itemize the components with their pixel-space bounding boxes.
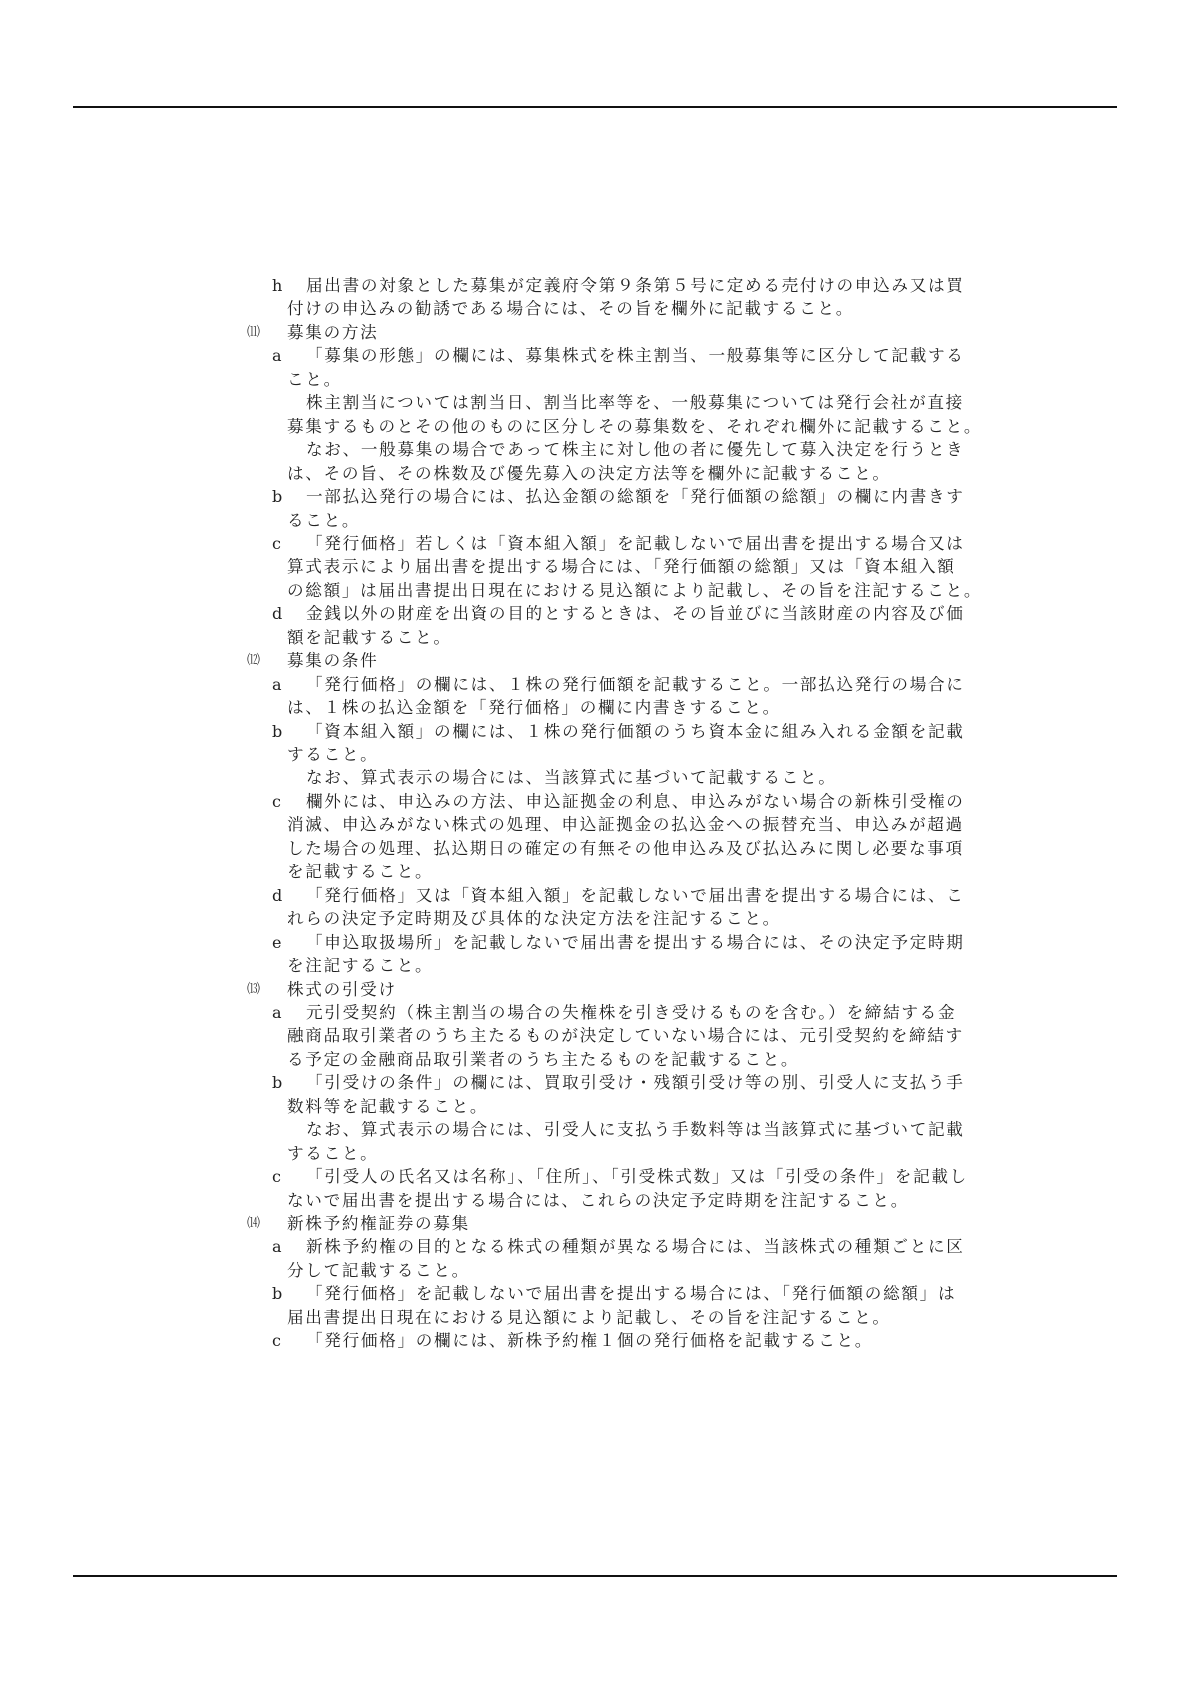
line-text: 募集の条件 bbox=[287, 649, 378, 673]
item-marker: a bbox=[272, 1001, 282, 1025]
line-text: 届出書の対象とした募集が定義府令第９条第５号に定める売付けの申込み又は買 bbox=[306, 274, 965, 298]
line-text: 融商品取引業者のうち主たるものが決定していない場合には、元引受契約を締結す bbox=[287, 1024, 964, 1048]
item-marker: b bbox=[272, 1071, 282, 1095]
item-marker: d bbox=[272, 884, 282, 908]
line-text: 募集の方法 bbox=[287, 321, 378, 345]
line-text: 新株予約権の目的となる株式の種類が異なる場合には、当該株式の種類ごとに区 bbox=[306, 1235, 965, 1259]
line-text: 「発行価格」又は「資本組入額」を記載しないで届出書を提出する場合には、こ bbox=[306, 884, 965, 908]
line-text: 「申込取扱場所」を記載しないで届出書を提出する場合には、その決定予定時期 bbox=[306, 931, 965, 955]
line-text: 株主割当については割当日、割当比率等を、一般募集については発行会社が直接 bbox=[306, 391, 964, 415]
item-marker: e bbox=[272, 931, 281, 955]
item-marker: d bbox=[272, 602, 282, 626]
line-text: 「募集の形態」の欄には、募集株式を株主割当、一般募集等に区分して記載する bbox=[306, 344, 965, 368]
item-marker: c bbox=[272, 532, 281, 556]
line-text: なお、一般募集の場合であって株主に対し他の者に優先して募入決定を行うとき bbox=[306, 438, 964, 462]
footer-rule bbox=[73, 1575, 1117, 1577]
line-text: 「引受けの条件」の欄には、買取引受け・残額引受け等の別、引受人に支払う手 bbox=[306, 1071, 965, 1095]
line-text: ること。 bbox=[287, 509, 360, 533]
item-marker: a bbox=[272, 1235, 282, 1259]
line-text: 付けの申込みの勧誘である場合には、その旨を欄外に記載すること。 bbox=[287, 297, 854, 321]
item-marker: b bbox=[272, 720, 282, 744]
line-text: 「発行価格」若しくは「資本組入額」を記載しないで届出書を提出する場合又は bbox=[306, 532, 965, 556]
line-text: の総額」は届出書提出日現在における見込額により記載し、その旨を注記すること。 bbox=[287, 579, 982, 603]
line-text: 欄外には、申込みの方法、申込証拠金の利息、申込みがない場合の新株引受権の bbox=[306, 790, 965, 814]
line-text: なお、算式表示の場合には、当該算式に基づいて記載すること。 bbox=[306, 766, 837, 790]
line-text: 一部払込発行の場合には、払込金額の総額を「発行価額の総額」の欄に内書きす bbox=[306, 485, 965, 509]
line-text: こと。 bbox=[287, 368, 342, 392]
line-text: れらの決定予定時期及び具体的な決定方法を注記すること。 bbox=[287, 907, 781, 931]
line-text: 算式表示により届出書を提出する場合には、「発行価額の総額」又は「資本組入額 bbox=[287, 555, 956, 579]
line-text: なお、算式表示の場合には、引受人に支払う手数料等は当該算式に基づいて記載 bbox=[306, 1118, 965, 1142]
line-text: る予定の金融商品取引業者のうち主たるものを記載すること。 bbox=[287, 1048, 799, 1072]
line-text: 消滅、申込みがない株式の処理、申込証拠金の払込金への振替充当、申込みが超過 bbox=[287, 813, 964, 837]
line-text: 額を記載すること。 bbox=[287, 626, 452, 650]
line-text: した場合の処理、払込期日の確定の有無その他申込み及び払込みに関し必要な事項 bbox=[287, 837, 964, 861]
section-number: ⑾ bbox=[247, 321, 259, 345]
line-text: 株式の引受け bbox=[287, 978, 397, 1002]
item-marker: c bbox=[272, 790, 281, 814]
section-number: ⒁ bbox=[247, 1212, 259, 1236]
line-text: 分して記載すること。 bbox=[287, 1259, 470, 1283]
section-number: ⒀ bbox=[247, 978, 259, 1002]
line-text: 数料等を記載すること。 bbox=[287, 1095, 488, 1119]
item-marker: h bbox=[272, 274, 282, 298]
line-text: 「発行価格」を記載しないで届出書を提出する場合には、「発行価額の総額」は bbox=[306, 1282, 956, 1306]
header-rule bbox=[73, 106, 1117, 108]
line-text: 「発行価格」の欄には、１株の発行価額を記載すること。一部払込発行の場合に bbox=[306, 673, 965, 697]
item-marker: c bbox=[272, 1329, 281, 1353]
line-text: すること。 bbox=[287, 743, 378, 767]
line-text: 募集するものとその他のものに区分しその募集数を、それぞれ欄外に記載すること。 bbox=[287, 415, 982, 439]
line-text: 金銭以外の財産を出資の目的とするときは、その旨並びに当該財産の内容及び価 bbox=[306, 602, 965, 626]
line-text: 新株予約権証券の募集 bbox=[287, 1212, 470, 1236]
line-text: 「発行価格」の欄には、新株予約権１個の発行価格を記載すること。 bbox=[306, 1329, 873, 1353]
item-marker: c bbox=[272, 1165, 281, 1189]
line-text: 「引受人の氏名又は名称」、「住所」、「引受株式数」又は「引受の条件」を記載し bbox=[306, 1165, 968, 1189]
item-marker: b bbox=[272, 1282, 282, 1306]
line-text: 元引受契約（株主割当の場合の失権株を引き受けるものを含む。）を締結する金 bbox=[306, 1001, 956, 1025]
item-marker: b bbox=[272, 485, 282, 509]
line-text: は、その旨、その株数及び優先募入の決定方法等を欄外に記載すること。 bbox=[287, 462, 891, 486]
line-text: すること。 bbox=[287, 1142, 378, 1166]
line-text: 「資本組入額」の欄には、１株の発行価額のうち資本金に組み入れる金額を記載 bbox=[306, 720, 965, 744]
item-marker: a bbox=[272, 344, 282, 368]
line-text: を注記すること。 bbox=[287, 954, 433, 978]
item-marker: a bbox=[272, 673, 282, 697]
line-text: を記載すること。 bbox=[287, 860, 433, 884]
line-text: 届出書提出日現在における見込額により記載し、その旨を注記すること。 bbox=[287, 1306, 891, 1330]
line-text: は、１株の払込金額を「発行価格」の欄に内書きすること。 bbox=[287, 696, 781, 720]
section-number: ⑿ bbox=[247, 649, 259, 673]
line-text: ないで届出書を提出する場合には、これらの決定予定時期を注記すること。 bbox=[287, 1189, 909, 1213]
